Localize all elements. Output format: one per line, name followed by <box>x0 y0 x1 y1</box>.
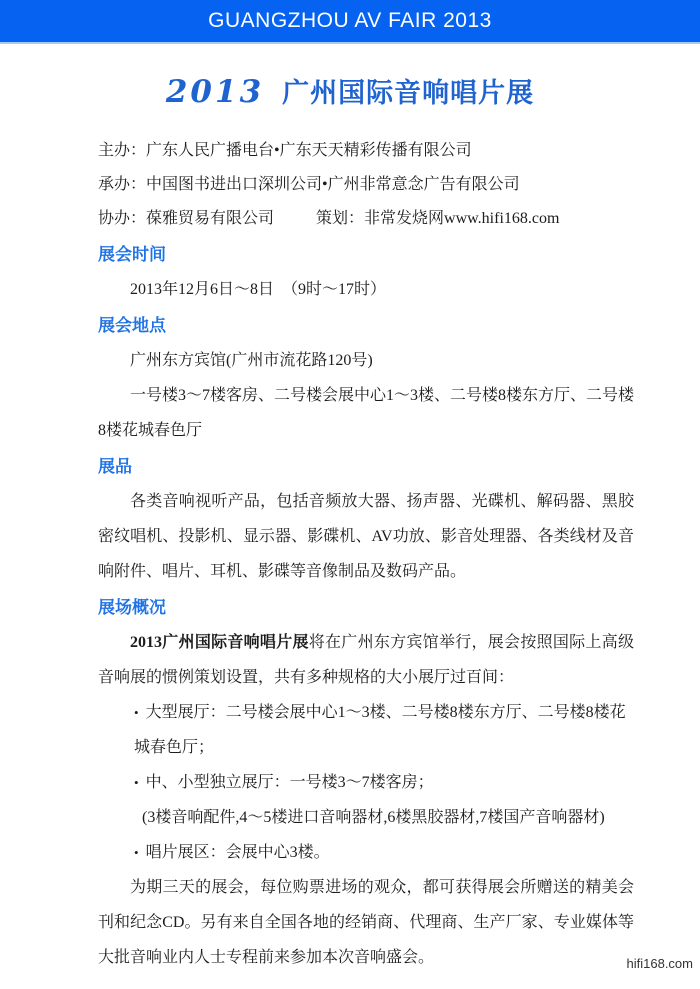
bullet-dot-icon: • <box>134 775 139 790</box>
host-label: 主办： <box>98 142 146 159</box>
overview-bullet-small-halls-text: 中、小型独立展厅：一号楼3～7楼客房； <box>146 774 434 791</box>
organizer-block: 主办：广东人民广播电台•广东天天精彩传播有限公司 承办：中国图书进出口深圳公司•… <box>98 134 634 236</box>
header-bar-title: GUANGZHOU AV FAIR 2013 <box>208 9 492 33</box>
section-location: 展会地点 广州东方宾馆(广州市流花路120号) 一号楼3～7楼客房、二号楼会展中… <box>98 308 634 448</box>
section-heading-location: 展会地点 <box>98 308 634 343</box>
overview-closing-paragraph: 为期三天的展会，每位购票进场的观众，都可获得展会所赠送的精美会刊和纪念CD。另有… <box>98 870 634 975</box>
location-venue-line: 广州东方宾馆(广州市流花路120号) <box>98 343 634 378</box>
section-heading-time: 展会时间 <box>98 237 634 272</box>
organizer-line: 承办：中国图书进出口深圳公司•广州非常意念广告有限公司 <box>98 168 634 202</box>
overview-bullet-record-zone-text: 唱片展区：会展中心3楼。 <box>146 844 330 861</box>
host-line: 主办：广东人民广播电台•广东天天精彩传播有限公司 <box>98 134 634 168</box>
overview-bullet-record-zone: •唱片展区：会展中心3楼。 <box>98 835 634 870</box>
organizer-value: 中国图书进出口深圳公司•广州非常意念广告有限公司 <box>146 176 520 193</box>
content-area: 主办：广东人民广播电台•广东天天精彩传播有限公司 承办：中国图书进出口深圳公司•… <box>0 134 700 975</box>
section-overview: 展场概况 2013广州国际音响唱片展将在广州东方宾馆举行，展会按照国际上高级音响… <box>98 590 634 975</box>
co-organizer-line: 协办：葆雅贸易有限公司策划：非常发烧网www.hifi168.com <box>98 202 634 236</box>
overview-bullet-small-halls: •中、小型独立展厅：一号楼3～7楼客房； <box>98 765 634 800</box>
planner-value: 非常发烧网www.hifi168.com <box>364 210 559 227</box>
page-title-year: 2013 <box>166 74 264 110</box>
overview-intro-bold: 2013广州国际音响唱片展 <box>130 634 309 651</box>
host-value: 广东人民广播电台•广东天天精彩传播有限公司 <box>146 142 472 159</box>
overview-intro-paragraph: 2013广州国际音响唱片展将在广州东方宾馆举行，展会按照国际上高级音响展的惯例策… <box>98 625 634 695</box>
bullet-dot-icon: • <box>134 845 139 860</box>
page-title-name: 广州国际音响唱片展 <box>282 78 534 108</box>
co-organizer-label: 协办： <box>98 210 146 227</box>
document-page: GUANGZHOU AV FAIR 2013 2013 广州国际音响唱片展 主办… <box>0 0 700 989</box>
section-heading-exhibits: 展品 <box>98 449 634 484</box>
organizer-label: 承办： <box>98 176 146 193</box>
time-line: 2013年12月6日～8日 （9时～17时） <box>98 272 634 307</box>
co-organizer-value: 葆雅贸易有限公司 <box>146 210 274 227</box>
page-title: 2013 广州国际音响唱片展 <box>0 70 700 114</box>
header-bar: GUANGZHOU AV FAIR 2013 <box>0 0 700 44</box>
footer-watermark: hifi168.com <box>627 956 693 971</box>
overview-bullet-large-halls: •大型展厅：二号楼会展中心1～3楼、二号楼8楼东方厅、二号楼8楼花城春色厅； <box>98 695 634 765</box>
planner-label: 策划： <box>316 210 364 227</box>
exhibits-paragraph: 各类音响视听产品，包括音频放大器、扬声器、光碟机、解码器、黑胶密纹唱机、投影机、… <box>98 484 634 589</box>
location-halls-line: 一号楼3～7楼客房、二号楼会展中心1～3楼、二号楼8楼东方厅、二号楼8楼花城春色… <box>98 378 634 448</box>
bullet-dot-icon: • <box>134 705 139 720</box>
overview-floor-note: (3楼音响配件,4～5楼进口音响器材,6楼黑胶器材,7楼国产音响器材) <box>98 800 634 835</box>
overview-bullet-large-halls-text: 大型展厅：二号楼会展中心1～3楼、二号楼8楼东方厅、二号楼8楼花城春色厅； <box>134 704 626 756</box>
section-exhibits: 展品 各类音响视听产品，包括音频放大器、扬声器、光碟机、解码器、黑胶密纹唱机、投… <box>98 449 634 589</box>
section-heading-overview: 展场概况 <box>98 590 634 625</box>
section-time: 展会时间 2013年12月6日～8日 （9时～17时） <box>98 237 634 307</box>
planner-group: 策划：非常发烧网www.hifi168.com <box>316 210 559 227</box>
